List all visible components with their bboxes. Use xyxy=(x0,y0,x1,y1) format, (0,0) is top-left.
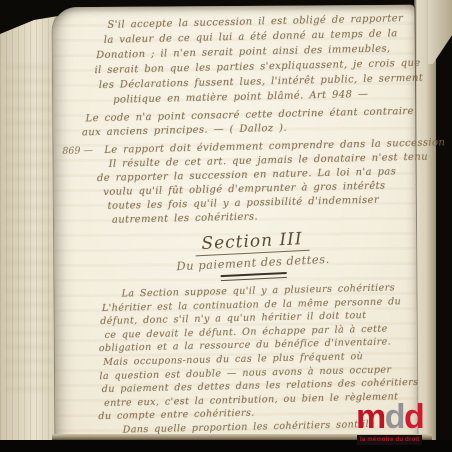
left-page-ghost-text xyxy=(6,60,52,390)
manuscript-page: S'il accepte la succession il est obligé… xyxy=(52,5,417,442)
manuscript-text: S'il accepte la succession il est obligé… xyxy=(49,2,417,444)
manuscript-paragraph: S'il accepte la succession il est obligé… xyxy=(93,11,403,108)
manuscript-paragraph: 869 —Le rapport doit évidemment comprend… xyxy=(96,137,406,228)
logo-letter: m xyxy=(356,398,385,436)
mdd-logo-letters: mdd xyxy=(356,402,418,433)
manuscript-photo: S'il accepte la succession il est obligé… xyxy=(0,0,452,452)
manuscript-paragraph: Le code n'a point consacré cette doctrin… xyxy=(95,105,404,140)
double-rule xyxy=(221,272,287,281)
logo-letter: d xyxy=(385,398,404,436)
section-heading-group: Section III Du paiement des dettes. xyxy=(98,224,408,287)
logo-caption: la mémoire du droit xyxy=(357,435,422,445)
mdd-watermark: ⁢ mdd la mémoire du droit xyxy=(356,402,418,450)
paragraphs-above-section: S'il accepte la succession il est obligé… xyxy=(93,11,406,228)
top-right-page-corner xyxy=(428,0,452,64)
margin-number: 869 — xyxy=(62,145,93,157)
logo-letter: d xyxy=(404,398,423,436)
section-heading: Section III xyxy=(195,229,309,257)
